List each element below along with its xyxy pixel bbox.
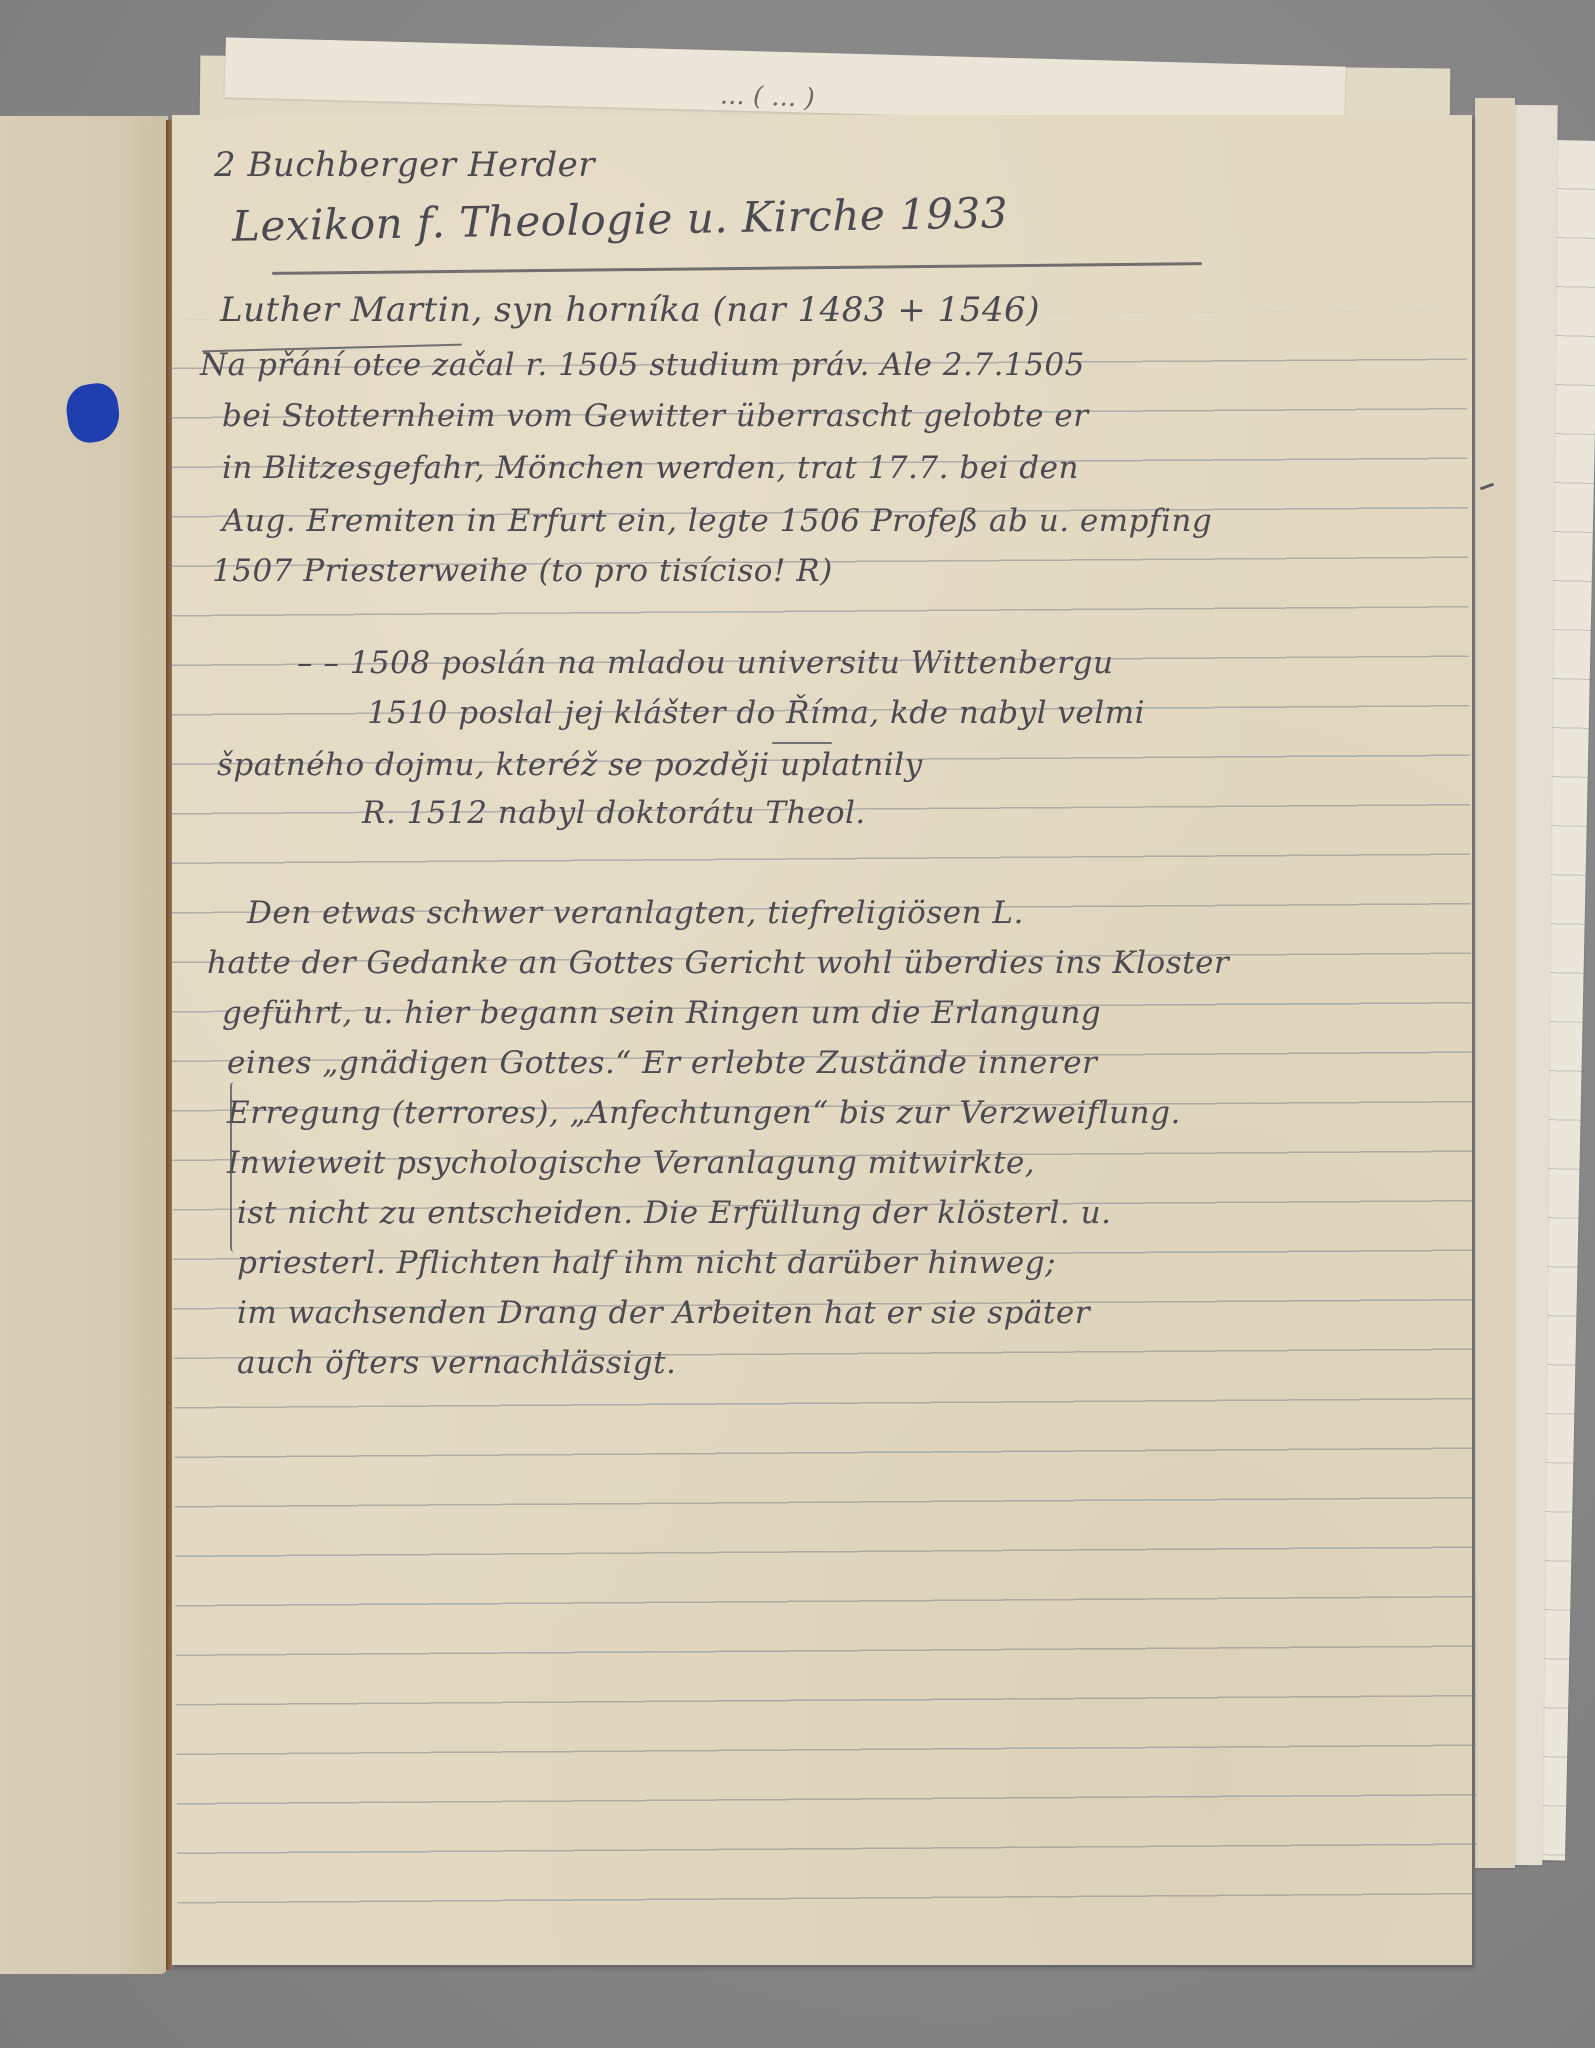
paragraph2-line3: špatného dojmu, kteréž se později uplatn… — [217, 747, 923, 783]
paragraph3-line6: Inwieweit psychologische Veranlagung mit… — [227, 1145, 1035, 1181]
paragraph1-line2: bei Stotternheim vom Gewitter überrascht… — [222, 398, 1089, 434]
paragraph1-line1: Na přání otce začal r. 1505 studium práv… — [200, 347, 1085, 383]
paragraph2-line4: R. 1512 nabyl doktorátu Theol. — [362, 795, 866, 831]
entry-heading: Luther Martin, syn horníka (nar 1483 + 1… — [220, 290, 1040, 330]
paragraph3-line3: geführt, u. hier begann sein Ringen um d… — [222, 995, 1101, 1031]
paragraph2-line1: – – 1508 poslán na mladou universitu Wit… — [297, 645, 1113, 681]
paragraph3-line7: ist nicht zu entscheiden. Die Erfüllung … — [237, 1195, 1111, 1231]
paragraph1-line3: in Blitzesgefahr, Mönchen werden, trat 1… — [222, 450, 1079, 486]
source-reference-line1: 2 Buchberger Herder — [214, 145, 595, 185]
paragraph3-line8: priesterl. Pflichten half ihm nicht darü… — [237, 1245, 1056, 1281]
paragraph1-line4: Aug. Eremiten in Erfurt ein, legte 1506 … — [222, 503, 1212, 539]
paragraph3-line4: eines „gnädigen Gottes.“ Er erlebte Zust… — [227, 1045, 1097, 1081]
paragraph3-line9: im wachsenden Drang der Arbeiten hat er … — [237, 1295, 1090, 1331]
source-reference-line2: Lexikon f. Theologie u. Kirche 1933 — [232, 188, 1009, 251]
paragraph1-line5: 1507 Priesterweihe (to pro tisíciso! R) — [212, 553, 833, 589]
back-sheet-right-inner — [1475, 98, 1515, 1868]
blue-ink-mark — [63, 381, 123, 446]
paragraph3-line1: Den etwas schwer veranlagten, tiefreligi… — [247, 895, 1024, 931]
manuscript-page: 2 Buchberger Herder Lexikon f. Theologie… — [172, 115, 1472, 1965]
back-sheet-fragment-text: ... ( ... ) — [720, 80, 816, 113]
margin-bracket-mark — [230, 1082, 242, 1252]
title-underline — [272, 262, 1202, 275]
paragraph2-line2: 1510 poslal jej klášter do Říma, kde nab… — [367, 695, 1145, 731]
rima-underline — [772, 742, 832, 744]
paragraph3-line10: auch öfters vernachlässigt. — [237, 1345, 676, 1381]
paragraph3-line2: hatte der Gedanke an Gottes Gericht wohl… — [207, 945, 1229, 981]
left-facing-page — [0, 116, 168, 1974]
paragraph3-line5: Erregung (terrores), „Anfechtungen“ bis … — [227, 1095, 1181, 1131]
